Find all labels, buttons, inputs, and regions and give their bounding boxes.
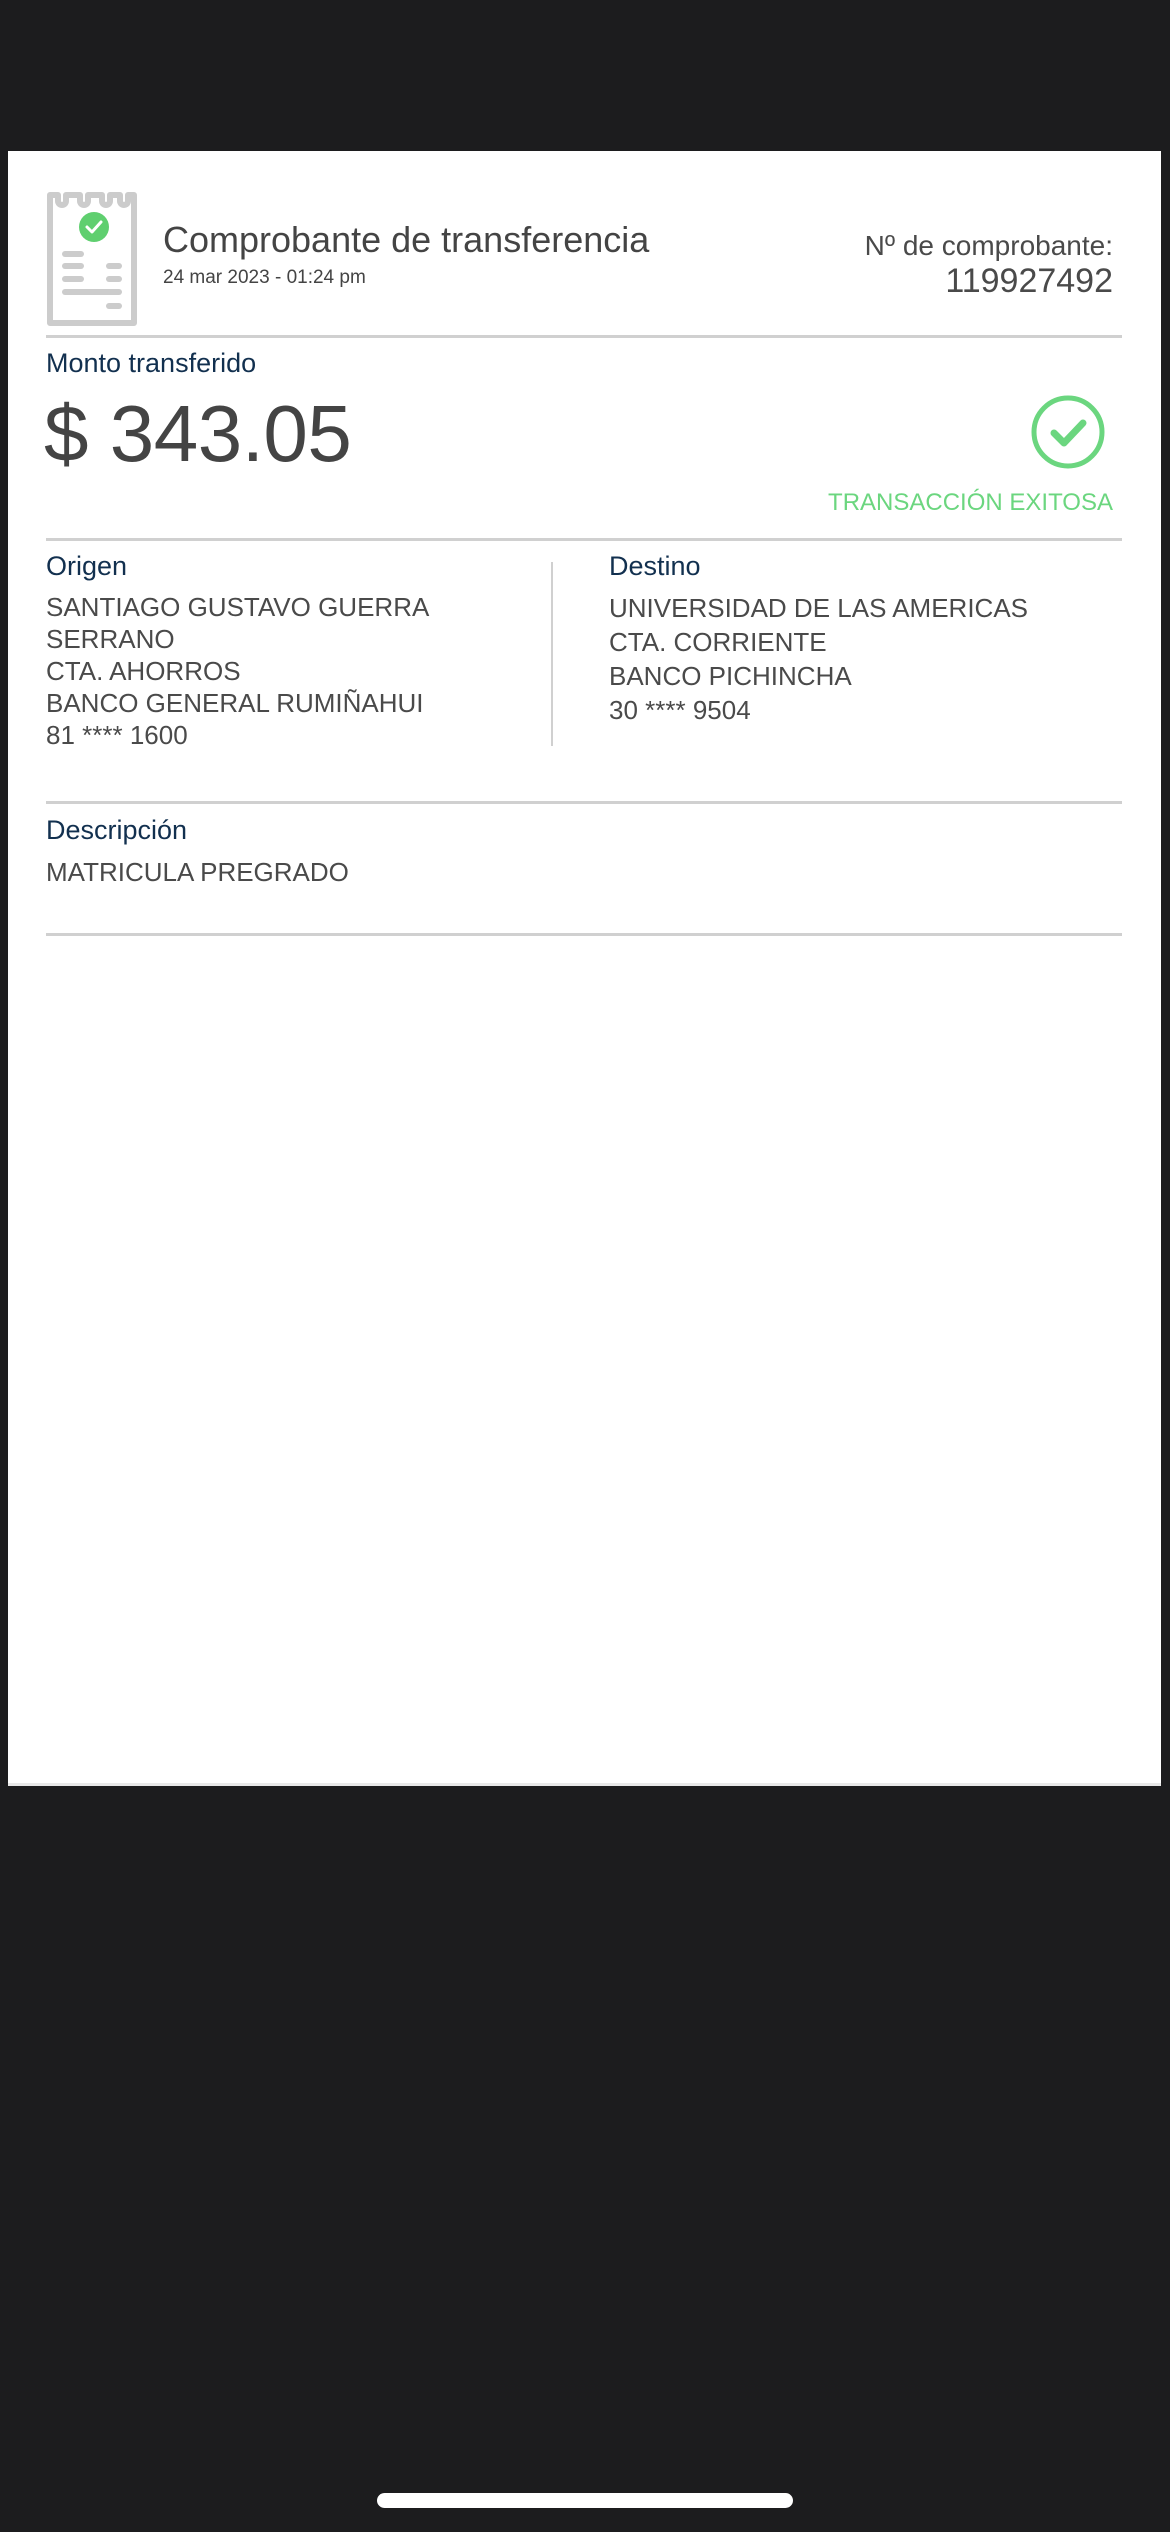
page-title: Comprobante de transferencia [163, 219, 649, 261]
destination-name: UNIVERSIDAD DE LAS AMERICAS [609, 591, 1028, 625]
amount-label: Monto transferido [46, 348, 256, 379]
description-label: Descripción [46, 815, 187, 846]
destination-account-number: 30 **** 9504 [609, 693, 1028, 727]
status-badge: TRANSACCIÓN EXITOSA [828, 489, 1113, 517]
description-value: MATRICULA PREGRADO [46, 856, 349, 888]
origin-label: Origen [46, 551, 127, 582]
destination-details: UNIVERSIDAD DE LAS AMERICAS CTA. CORRIEN… [609, 591, 1028, 727]
origin-details: SANTIAGO GUSTAVO GUERRA SERRANO CTA. AHO… [46, 591, 429, 751]
divider [46, 801, 1122, 804]
origin-bank: BANCO GENERAL RUMIÑAHUI [46, 687, 429, 719]
origin-name-line-1: SANTIAGO GUSTAVO GUERRA [46, 591, 429, 623]
origin-name-line-2: SERRANO [46, 623, 429, 655]
divider [46, 538, 1122, 541]
destination-label: Destino [609, 551, 701, 582]
check-circle-icon [1030, 394, 1106, 470]
receipt-check-icon [46, 191, 138, 327]
transaction-datetime: 24 mar 2023 - 01:24 pm [163, 267, 366, 289]
voucher-number-label: Nº de comprobante: [865, 230, 1113, 262]
destination-account-type: CTA. CORRIENTE [609, 625, 1028, 659]
origin-account-number: 81 **** 1600 [46, 719, 429, 751]
divider [46, 933, 1122, 936]
voucher-number: 119927492 [945, 262, 1113, 301]
home-indicator[interactable] [377, 2493, 793, 2508]
column-divider [551, 562, 553, 746]
destination-bank: BANCO PICHINCHA [609, 659, 1028, 693]
divider [46, 335, 1122, 338]
transfer-receipt-card: Comprobante de transferencia 24 mar 2023… [8, 151, 1161, 1783]
origin-account-type: CTA. AHORROS [46, 655, 429, 687]
amount-value: $ 343.05 [44, 388, 351, 480]
